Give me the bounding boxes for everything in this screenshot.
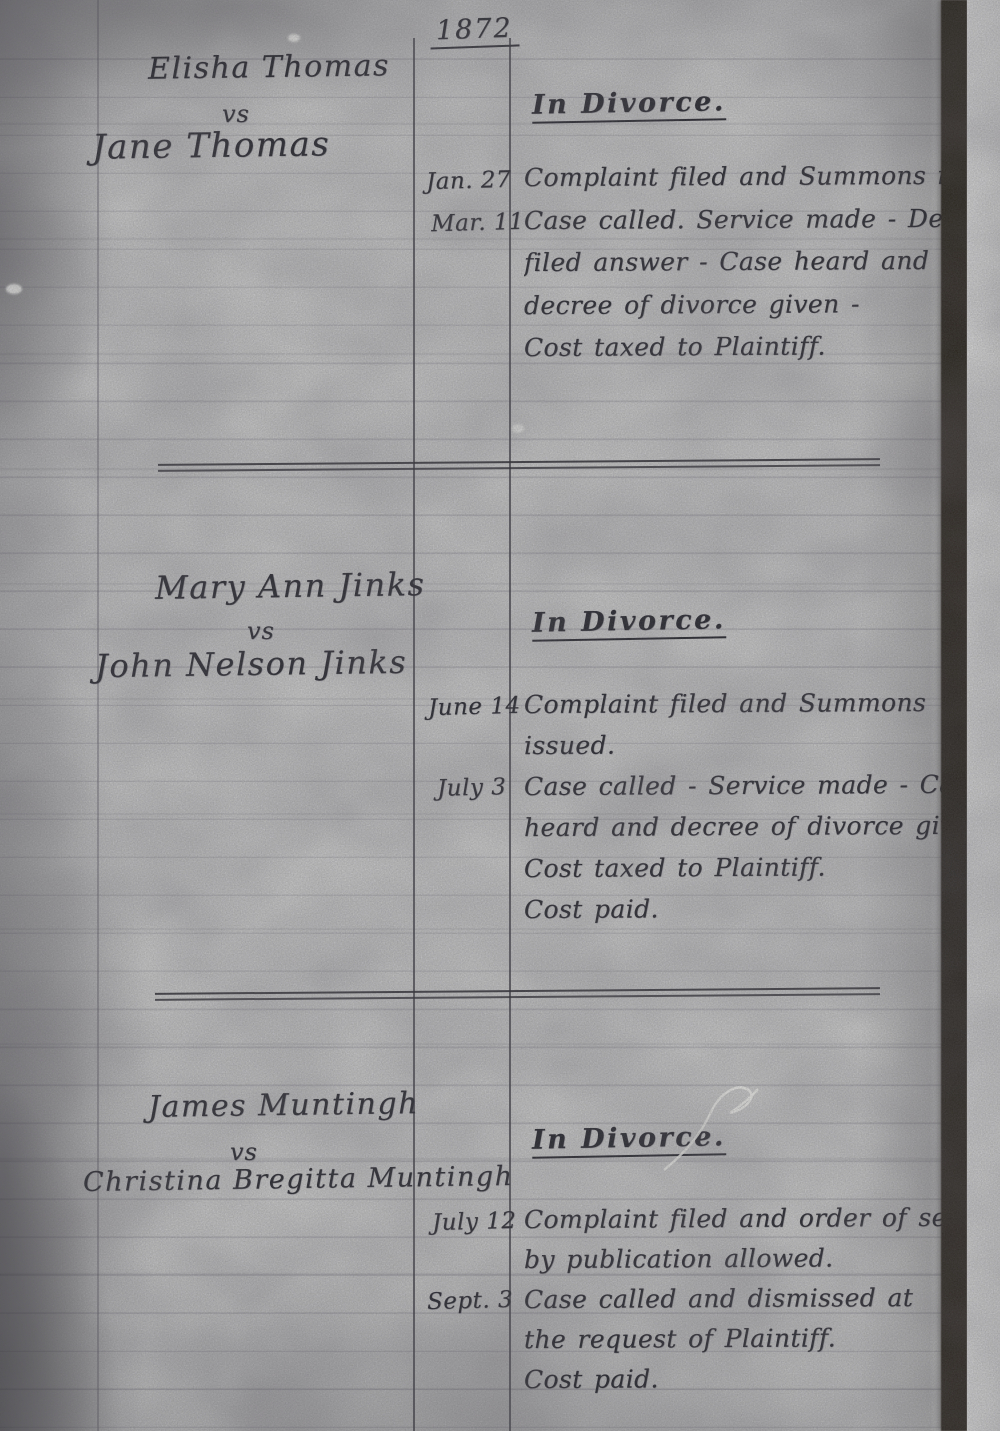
record-line: Cost paid. (524, 1363, 944, 1404)
case2-vs-label: vs (247, 617, 275, 645)
case3-plaintiff-name: James Muntingh (148, 1086, 419, 1125)
case1-defendant-name: Jane Thomas (92, 124, 331, 167)
case2-plaintiff-name: Mary Ann Jinks (155, 565, 426, 607)
case1-date-2: Mar. 11 (431, 209, 525, 237)
case1-record-entries: Complaint filed and Summons issued Case … (524, 162, 944, 375)
record-line: issued. (524, 729, 944, 772)
paper-speck (6, 284, 22, 294)
court-register-page-scan: 1872 Elisha Thomas vs Jane Thomas In Div… (0, 0, 1000, 1431)
record-line: Case called. Service made - Deft (524, 203, 944, 248)
case1-section-heading: In Divorce. (532, 86, 726, 123)
left-margin-rule (97, 0, 99, 1431)
record-line: Case called - Service made - Case (524, 770, 944, 813)
case1-date-1: Jan. 27 (426, 167, 512, 195)
record-line: by publication allowed. (524, 1243, 944, 1285)
year-heading: 1872 (429, 12, 519, 49)
record-line: heard and decree of divorce given (524, 811, 944, 854)
case3-record-entries: Complaint filed and order of service by … (524, 1204, 944, 1404)
binding-edge-band (941, 0, 967, 1431)
case3-date-2: Sept. 3 (427, 1287, 514, 1315)
record-line: Complaint filed and order of service (524, 1204, 944, 1245)
case2-date-1: June 14 (428, 693, 521, 721)
record-line: Cost taxed to Plaintiff. (524, 852, 944, 895)
case2-defendant-name: John Nelson Jinks (95, 643, 408, 685)
case2-record-entries: Complaint filed and Summons issued. Case… (524, 689, 944, 935)
case2-date-2: July 3 (437, 774, 507, 802)
case3-date-1: July 12 (432, 1208, 517, 1236)
case3-vs-label: vs (230, 1138, 258, 1166)
record-line: Cost paid. (524, 893, 944, 935)
case3-defendant-name: Christina Bregitta Muntingh (83, 1161, 514, 1198)
case1-plaintiff-name: Elisha Thomas (148, 48, 390, 86)
paper-speck (512, 424, 524, 433)
record-line: filed answer - Case heard and (524, 246, 944, 291)
record-line: Cost taxed to Plaintiff. (524, 331, 944, 375)
case2-section-heading: In Divorce. (532, 604, 726, 641)
record-line: the request of Plaintiff. (524, 1323, 944, 1365)
record-line: Case called and dismissed at (524, 1283, 944, 1325)
record-line: decree of divorce given - (524, 288, 944, 333)
date-column-rule-left (413, 38, 415, 1431)
page-edge-strip (967, 0, 1000, 1431)
paper-speck (288, 34, 300, 42)
record-line: Complaint filed and Summons issued (524, 162, 944, 206)
record-line: Complaint filed and Summons (524, 689, 944, 731)
case1-vs-label: vs (222, 100, 250, 128)
case3-section-heading: In Divorce. (532, 1121, 726, 1158)
